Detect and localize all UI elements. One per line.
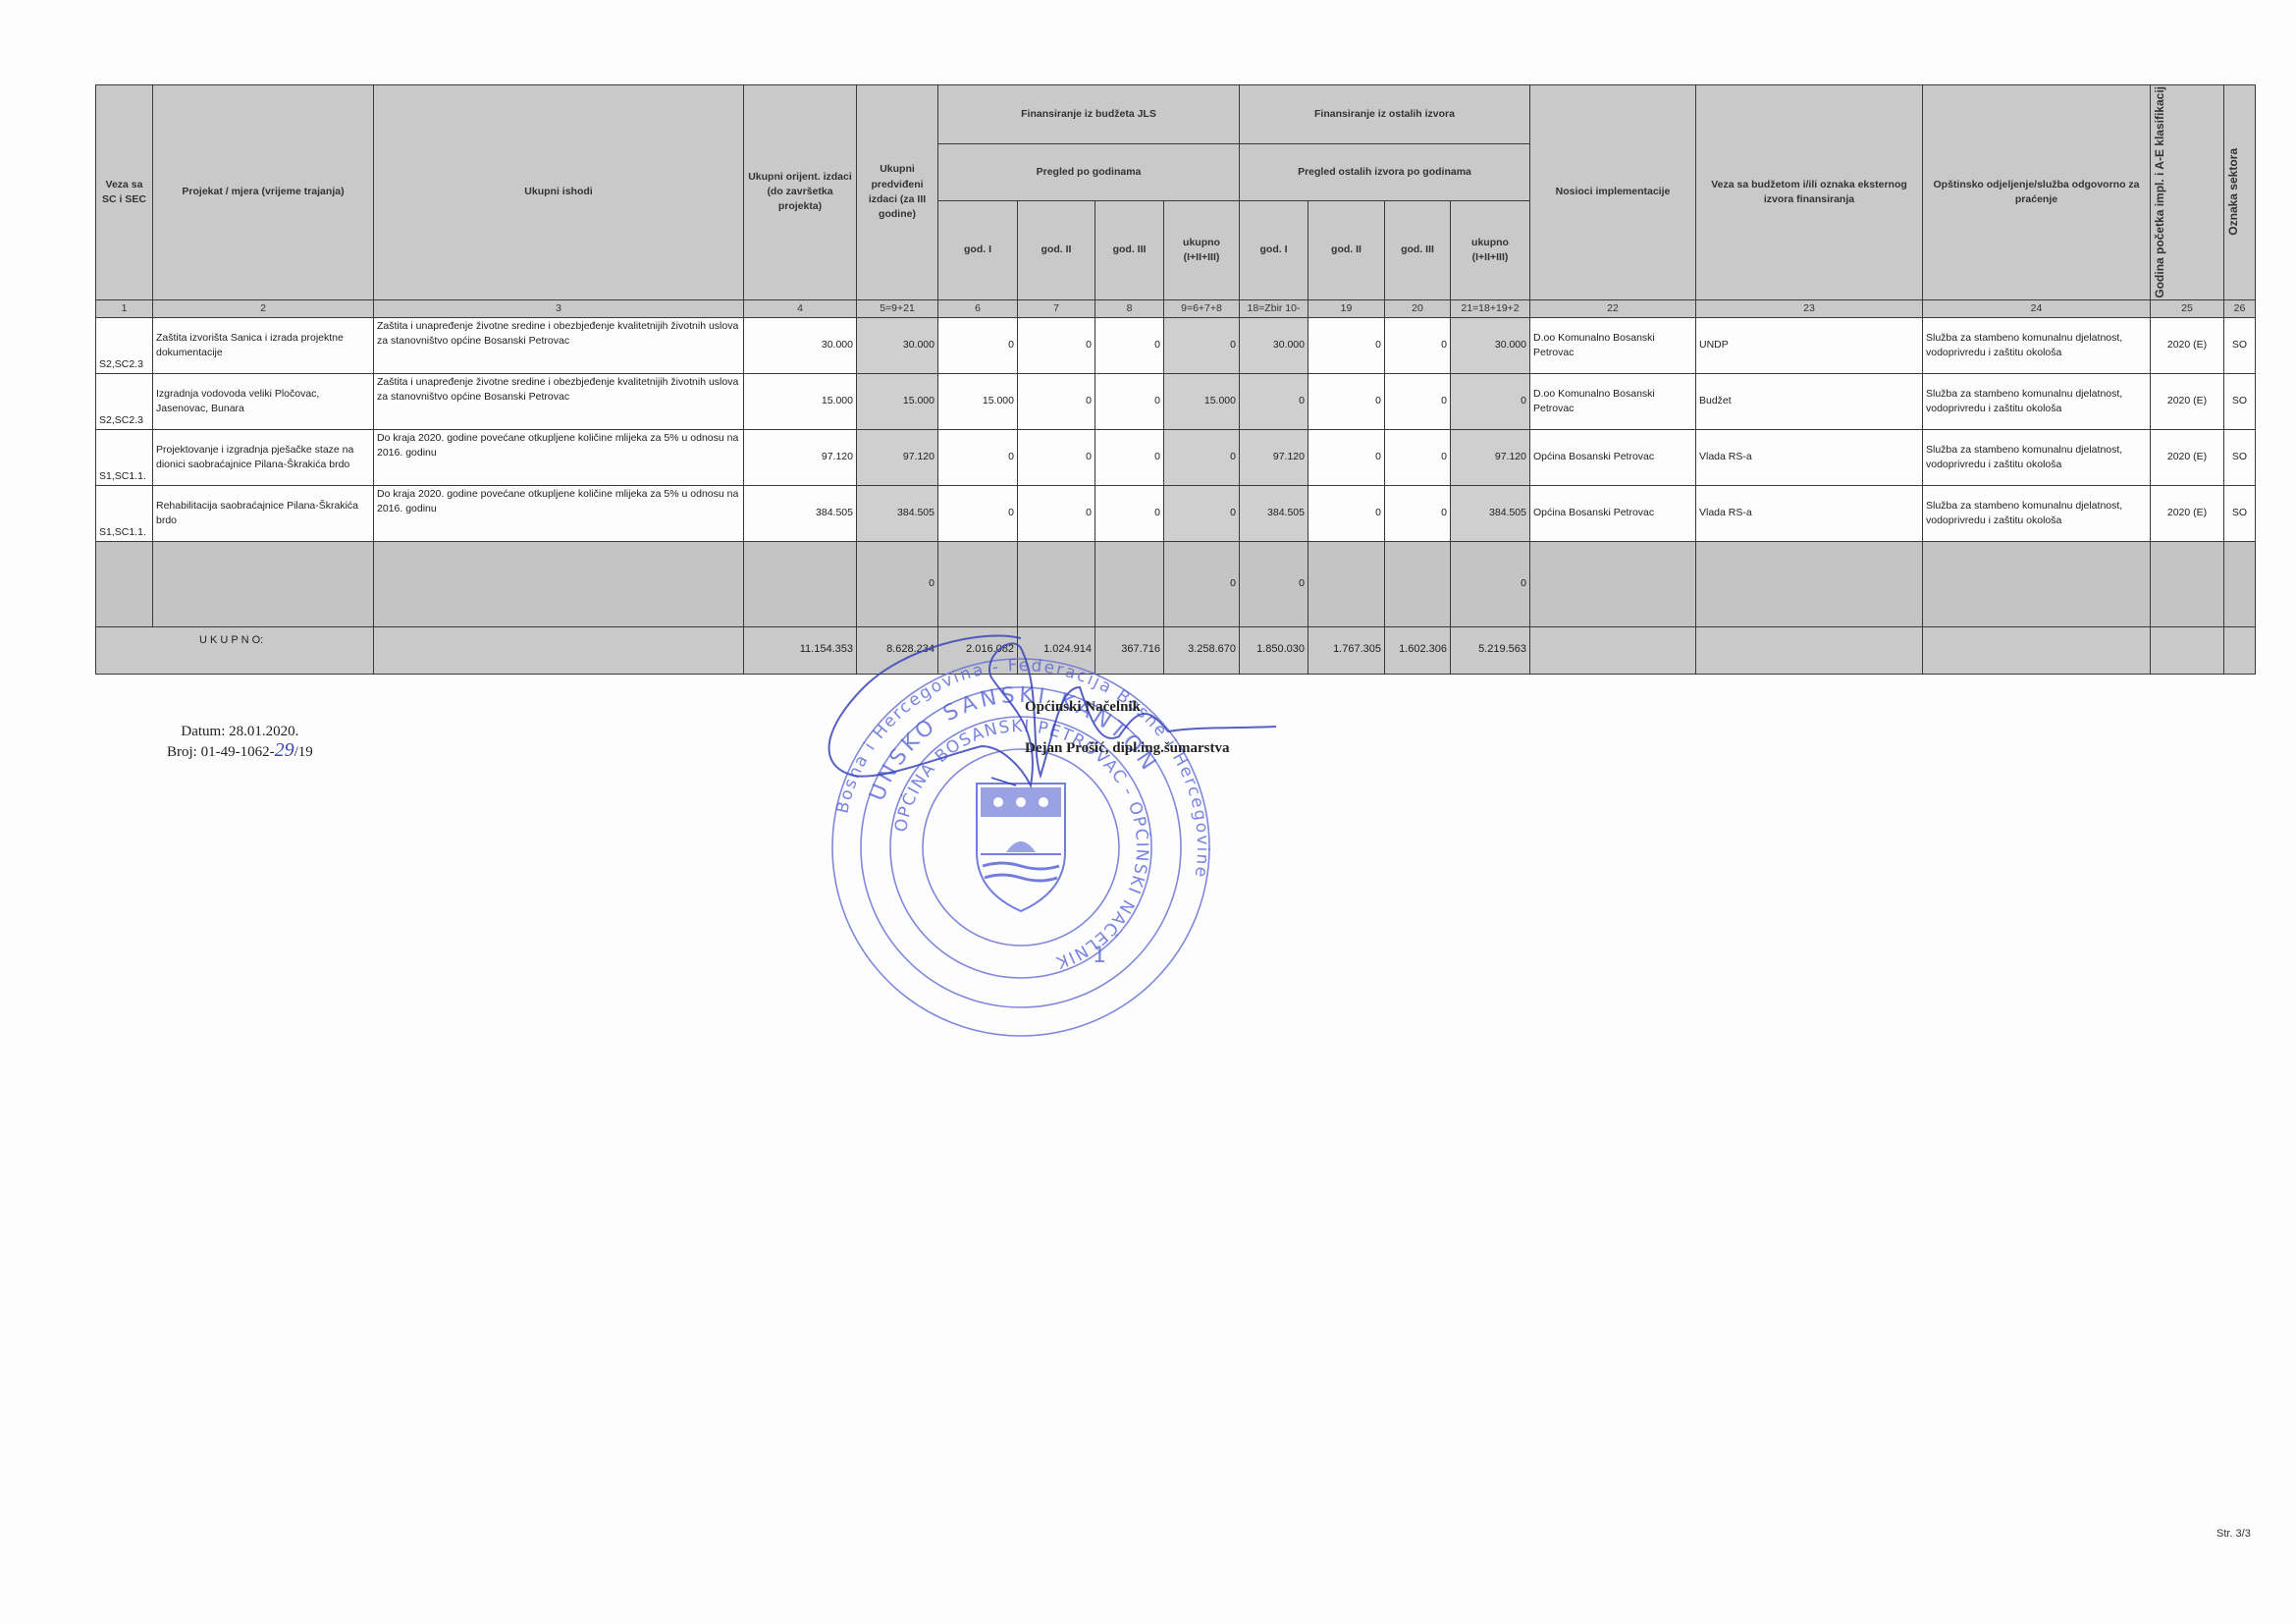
header-nosioci: Nosioci implementacije <box>1530 85 1696 300</box>
godina-cell: 2020 (E) <box>2151 373 2224 429</box>
veza-budzet-cell: Vlada RS-a <box>1696 429 1923 485</box>
blank-ost-god3-cell <box>1385 541 1451 626</box>
jls-god1-cell: 0 <box>938 317 1018 373</box>
header-jls-god2: god. II <box>1018 200 1095 299</box>
veza-sc-cell: S2,SC2.3 <box>96 317 153 373</box>
veza-budzet-cell: Vlada RS-a <box>1696 485 1923 541</box>
total-blank-cell <box>2224 626 2256 674</box>
nosioci-cell: D.oo Komunalno Bosanski Petrovac <box>1530 373 1696 429</box>
ukupni-predvideni-cell: 97.120 <box>857 429 938 485</box>
ost-god1-cell: 384.505 <box>1240 485 1308 541</box>
column-number-15: 23 <box>1696 299 1923 317</box>
header-ukupni-orijent: Ukupni orijent. izdaci (do završetka pro… <box>744 85 857 300</box>
ukupni-predvideni-cell: 384.505 <box>857 485 938 541</box>
ost-god3-cell: 0 <box>1385 373 1451 429</box>
jls-god2-cell: 0 <box>1018 485 1095 541</box>
document-page: Veza sa SC i SEC Projekat / mjera (vrije… <box>0 0 2296 1624</box>
total-label: U K U P N O: <box>96 626 374 674</box>
header-ukupni-ishodi: Ukupni ishodi <box>374 85 744 300</box>
action-plan-table: Veza sa SC i SEC Projekat / mjera (vrije… <box>95 84 2256 675</box>
column-number-2: 2 <box>153 299 374 317</box>
sektor-cell: SO <box>2224 317 2256 373</box>
ost-god2-cell: 0 <box>1308 429 1385 485</box>
blank-cell <box>96 541 153 626</box>
ukupni-orijent-cell: 15.000 <box>744 373 857 429</box>
ost-ukupno-cell: 97.120 <box>1451 429 1530 485</box>
odjeljenje-cell: Služba za stambeno komunalnu djelatnost,… <box>1923 317 2151 373</box>
total-blank-cell <box>2151 626 2224 674</box>
total-blank-cell <box>374 626 744 674</box>
jls-ukupno-cell: 0 <box>1164 485 1240 541</box>
header-other-ukupno: ukupno (I+II+III) <box>1451 200 1530 299</box>
ost-god1-cell: 30.000 <box>1240 317 1308 373</box>
jls-ukupno-cell: 15.000 <box>1164 373 1240 429</box>
odjeljenje-cell: Služba za stambeno komunalnu djelatnost,… <box>1923 373 2151 429</box>
header-other-god3: god. III <box>1385 200 1451 299</box>
header-sektor: Oznaka sektora <box>2224 85 2256 300</box>
jls-god3-cell: 0 <box>1095 429 1164 485</box>
projekat-cell: Izgradnja vodovoda veliki Pločovac, Jase… <box>153 373 374 429</box>
blank-ukupni-predvideni-cell: 0 <box>857 541 938 626</box>
table-body: S2,SC2.3Zaštita izvorišta Sanica i izrad… <box>96 317 2256 674</box>
header-ukupni-predvideni: Ukupni predviđeni izdaci (za III godine) <box>857 85 938 300</box>
ost-god2-cell: 0 <box>1308 317 1385 373</box>
jls-god1-cell: 0 <box>938 485 1018 541</box>
header-other-god2: god. II <box>1308 200 1385 299</box>
column-number-11: 19 <box>1308 299 1385 317</box>
sektor-cell: SO <box>2224 373 2256 429</box>
broj-prefix: Broj: 01-49-1062- <box>167 744 275 760</box>
column-number-13: 21=18+19+2 <box>1451 299 1530 317</box>
broj-suffix: /19 <box>294 744 313 760</box>
godina-cell: 2020 (E) <box>2151 429 2224 485</box>
blank-cell <box>1696 541 1923 626</box>
ukupni-orijent-cell: 384.505 <box>744 485 857 541</box>
header-veza-sc: Veza sa SC i SEC <box>96 85 153 300</box>
header-jls-god3: god. III <box>1095 200 1164 299</box>
veza-sc-cell: S1,SC1.1. <box>96 485 153 541</box>
blank-cell <box>1923 541 2151 626</box>
header-godina-text: Godina početka impl. i A-E klasifikacij <box>2154 86 2166 298</box>
veza-budzet-cell: UNDP <box>1696 317 1923 373</box>
blank-cell <box>153 541 374 626</box>
godina-cell: 2020 (E) <box>2151 485 2224 541</box>
veza-sc-cell: S1,SC1.1. <box>96 429 153 485</box>
ishodi-cell: Do kraja 2020. godine povećane otkupljen… <box>374 485 744 541</box>
blank-cell <box>2151 541 2224 626</box>
projekat-cell: Rehabilitacija saobraćajnice Pilana-Škra… <box>153 485 374 541</box>
official-stamp-icon: Bosna i Hercegovina - Federacija Bosne i… <box>829 656 1212 1039</box>
header-other-sub: Pregled ostalih izvora po godinama <box>1240 144 1530 201</box>
broj-handwritten: 29 <box>275 739 294 761</box>
ukupni-orijent-cell: 30.000 <box>744 317 857 373</box>
column-number-8: 8 <box>1095 299 1164 317</box>
column-number-3: 3 <box>374 299 744 317</box>
header-group-jls: Finansiranje iz budžeta JLS <box>938 85 1240 144</box>
ost-god3-cell: 0 <box>1385 317 1451 373</box>
blank-ost-ukupno-cell: 0 <box>1451 541 1530 626</box>
jls-god2-cell: 0 <box>1018 429 1095 485</box>
total-ost-god3-cell: 1.602.306 <box>1385 626 1451 674</box>
ukupni-orijent-cell: 97.120 <box>744 429 857 485</box>
header-odjeljenje: Opštinsko odjeljenje/služba odgovorno za… <box>1923 85 2151 300</box>
column-number-1: 1 <box>96 299 153 317</box>
ost-god2-cell: 0 <box>1308 485 1385 541</box>
projekat-cell: Zaštita izvorišta Sanica i izrada projek… <box>153 317 374 373</box>
jls-god3-cell: 0 <box>1095 373 1164 429</box>
total-blank-cell <box>1530 626 1696 674</box>
table-row: S2,SC2.3Izgradnja vodovoda veliki Pločov… <box>96 373 2256 429</box>
column-number-17: 25 <box>2151 299 2224 317</box>
column-number-7: 7 <box>1018 299 1095 317</box>
total-ost-god1-cell: 1.850.030 <box>1240 626 1308 674</box>
ost-god2-cell: 0 <box>1308 373 1385 429</box>
header-other-god1: god. I <box>1240 200 1308 299</box>
header-godina: Godina početka impl. i A-E klasifikacij <box>2151 85 2224 300</box>
signatory-name: Dejan Prošić, dipl.ing.šumarstva <box>1025 740 1229 757</box>
header-jls-ukupno: ukupno (I+II+III) <box>1164 200 1240 299</box>
jls-god2-cell: 0 <box>1018 373 1095 429</box>
column-number-9: 9=6+7+8 <box>1164 299 1240 317</box>
sektor-cell: SO <box>2224 485 2256 541</box>
projekat-cell: Projektovanje i izgradnja pješačke staze… <box>153 429 374 485</box>
ost-ukupno-cell: 0 <box>1451 373 1530 429</box>
jls-god2-cell: 0 <box>1018 317 1095 373</box>
header-sektor-text: Oznaka sektora <box>2227 148 2240 236</box>
jls-god1-cell: 0 <box>938 429 1018 485</box>
jls-god3-cell: 0 <box>1095 485 1164 541</box>
blank-ost-god2-cell <box>1308 541 1385 626</box>
page-number: Str. 3/3 <box>2216 1528 2251 1540</box>
total-ost-ukupno-cell: 5.219.563 <box>1451 626 1530 674</box>
table-row: S2,SC2.3Zaštita izvorišta Sanica i izrad… <box>96 317 2256 373</box>
ost-god1-cell: 97.120 <box>1240 429 1308 485</box>
coat-of-arms-icon <box>977 784 1065 911</box>
broj-line: Broj: 01-49-1062-29/19 <box>167 741 313 762</box>
column-number-10: 18=Zbir 10- <box>1240 299 1308 317</box>
header-jls-god1: god. I <box>938 200 1018 299</box>
blank-cell <box>374 541 744 626</box>
ost-ukupno-cell: 384.505 <box>1451 485 1530 541</box>
blank-cell <box>1530 541 1696 626</box>
column-number-18: 26 <box>2224 299 2256 317</box>
document-footer-info: Datum: 28.01.2020. Broj: 01-49-1062-29/1… <box>167 723 313 762</box>
ukupni-predvideni-cell: 30.000 <box>857 317 938 373</box>
header-group-other: Finansiranje iz ostalih izvora <box>1240 85 1530 144</box>
ost-god1-cell: 0 <box>1240 373 1308 429</box>
ishodi-cell: Zaštita i unapređenje životne sredine i … <box>374 317 744 373</box>
blank-jls-god2-cell <box>1018 541 1095 626</box>
column-number-6: 6 <box>938 299 1018 317</box>
column-number-14: 22 <box>1530 299 1696 317</box>
blank-ost-god1-cell: 0 <box>1240 541 1308 626</box>
svg-text:1: 1 <box>1093 944 1106 968</box>
blank-ukupni-orijent-cell <box>744 541 857 626</box>
table-row: S1,SC1.1.Projektovanje i izgradnja pješa… <box>96 429 2256 485</box>
header-jls-sub: Pregled po godinama <box>938 144 1240 201</box>
column-number-4: 4 <box>744 299 857 317</box>
odjeljenje-cell: Služba za stambeno komunalnu djelatnost,… <box>1923 485 2151 541</box>
jls-god1-cell: 15.000 <box>938 373 1018 429</box>
nosioci-cell: D.oo Komunalno Bosanski Petrovac <box>1530 317 1696 373</box>
blank-row: 0000 <box>96 541 2256 626</box>
nosioci-cell: Općina Bosanski Petrovac <box>1530 485 1696 541</box>
jls-ukupno-cell: 0 <box>1164 429 1240 485</box>
nosioci-cell: Općina Bosanski Petrovac <box>1530 429 1696 485</box>
column-number-16: 24 <box>1923 299 2151 317</box>
veza-budzet-cell: Budžet <box>1696 373 1923 429</box>
sektor-cell: SO <box>2224 429 2256 485</box>
header-projekat: Projekat / mjera (vrijeme trajanja) <box>153 85 374 300</box>
header-veza-budzet: Veza sa budžetom i/ili oznaka eksternog … <box>1696 85 1923 300</box>
blank-cell <box>2224 541 2256 626</box>
table-row: S1,SC1.1.Rehabilitacija saobraćajnice Pi… <box>96 485 2256 541</box>
jls-god3-cell: 0 <box>1095 317 1164 373</box>
column-number-5: 5=9+21 <box>857 299 938 317</box>
blank-jls-god1-cell <box>938 541 1018 626</box>
ishodi-cell: Zaštita i unapređenje životne sredine i … <box>374 373 744 429</box>
jls-ukupno-cell: 0 <box>1164 317 1240 373</box>
odjeljenje-cell: Služba za stambeno komunalnu djelatnost,… <box>1923 429 2151 485</box>
total-blank-cell <box>1696 626 1923 674</box>
veza-sc-cell: S2,SC2.3 <box>96 373 153 429</box>
total-blank-cell <box>1923 626 2151 674</box>
ukupni-predvideni-cell: 15.000 <box>857 373 938 429</box>
blank-jls-god3-cell <box>1095 541 1164 626</box>
ost-god3-cell: 0 <box>1385 485 1451 541</box>
total-ost-god2-cell: 1.767.305 <box>1308 626 1385 674</box>
godina-cell: 2020 (E) <box>2151 317 2224 373</box>
ost-ukupno-cell: 30.000 <box>1451 317 1530 373</box>
column-number-12: 20 <box>1385 299 1451 317</box>
blank-jls-ukupno-cell: 0 <box>1164 541 1240 626</box>
column-number-row: 12345=9+216789=6+7+818=Zbir 10-192021=18… <box>96 299 2256 317</box>
ishodi-cell: Do kraja 2020. godine povećane otkupljen… <box>374 429 744 485</box>
signatory-title: Općinski Načelnik <box>1025 699 1141 716</box>
ost-god3-cell: 0 <box>1385 429 1451 485</box>
